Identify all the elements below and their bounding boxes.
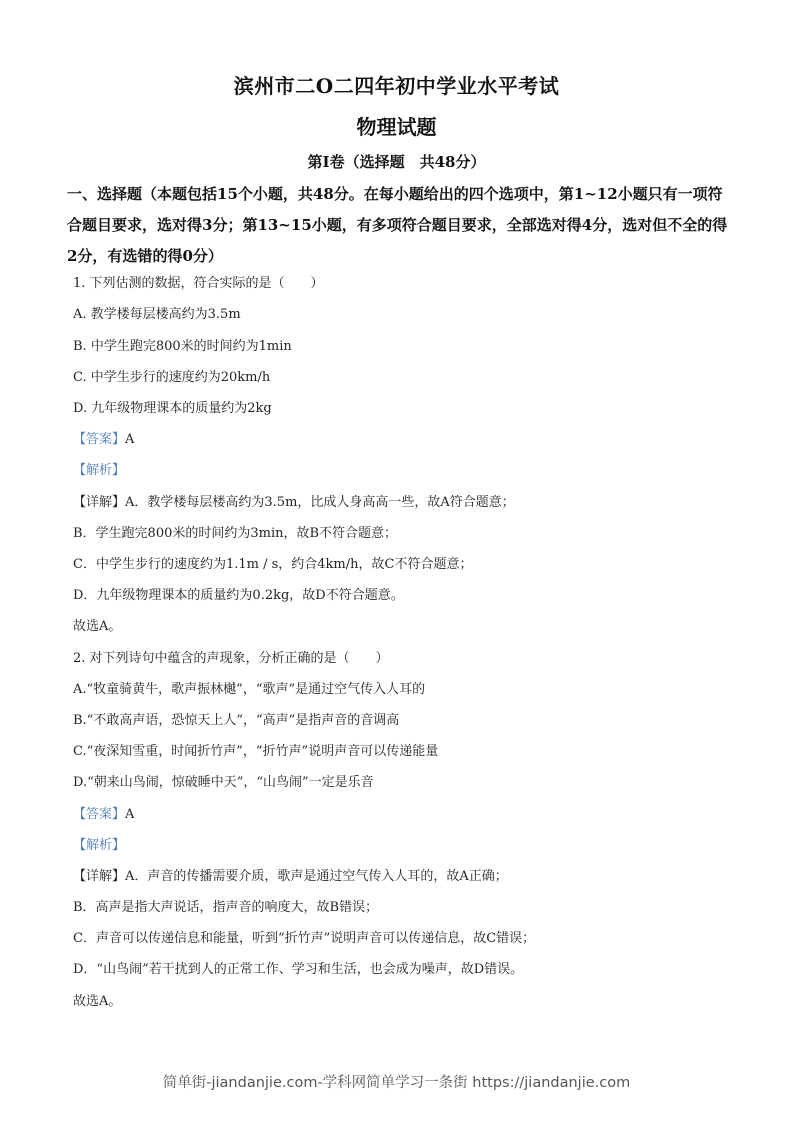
question-1-detail-d: D．九年级物理课本的质量约为0.2kg，故D不符合题意。 xyxy=(73,587,404,605)
section-heading: 一、选择题（本题包括15个小题，共48分。在每小题给出的四个选项中，第1~12小… xyxy=(67,179,737,272)
answer-value: A xyxy=(125,807,134,822)
detail-text: A．声音的传播需要介质，歌声是通过空气传入人耳的，故A正确； xyxy=(125,869,508,884)
question-2-analysis: 【解析】 xyxy=(73,837,125,855)
detail-label: 【详解】 xyxy=(73,495,125,510)
answer-label: 【答案】 xyxy=(73,432,125,447)
analysis-label: 【解析】 xyxy=(73,838,125,853)
question-2-detail-c: C．声音可以传递信息和能量，听到“折竹声”说明声音可以传递信息，故C错误； xyxy=(73,930,535,948)
exam-page: 滨州市二O二四年初中学业水平考试 物理试题 第Ⅰ卷（选择题 共48分） 一、选择… xyxy=(0,0,793,1122)
detail-label: 【详解】 xyxy=(73,869,125,884)
part-title: 第Ⅰ卷（选择题 共48分） xyxy=(0,151,793,172)
answer-label: 【答案】 xyxy=(73,807,125,822)
question-1-stem: 1. 下列估测的数据，符合实际的是（ ） xyxy=(73,275,324,293)
question-1-detail-a: 【详解】A．教学楼每层楼高约为3.5m，比成人身高高一些，故A符合题意； xyxy=(73,494,515,512)
question-2-detail-b: B．高声是指大声说话，指声音的响度大，故B错误； xyxy=(73,899,378,917)
exam-title: 滨州市二O二四年初中学业水平考试 xyxy=(0,70,793,99)
question-1-detail-c: C．中学生步行的速度约为1.1m / s，约合4km/h，故C不符合题意； xyxy=(73,556,472,574)
question-2-detail-d: D．“山鸟闹”若干扰到人的正常工作、学习和生活，也会成为噪声，故D错误。 xyxy=(73,961,523,979)
exam-subject: 物理试题 xyxy=(0,111,793,140)
question-1-conclusion: 故选A。 xyxy=(73,618,121,636)
question-1-option-d: D. 九年级物理课本的质量约为2kg xyxy=(73,400,272,418)
question-2-answer: 【答案】A xyxy=(73,806,134,824)
question-1-option-b: B. 中学生跑完800米的时间约为1min xyxy=(73,338,292,356)
question-1-detail-b: B．学生跑完800米的时间约为3min，故B不符合题意； xyxy=(73,525,397,543)
question-1-option-c: C. 中学生步行的速度约为20km/h xyxy=(73,369,270,387)
question-1-option-a: A. 教学楼每层楼高约为3.5m xyxy=(73,306,241,324)
detail-text: A．教学楼每层楼高约为3.5m，比成人身高高一些，故A符合题意； xyxy=(125,495,515,510)
footer-watermark: 简单街-jiandanjie.com-学科网简单学习一条街 https://ji… xyxy=(0,1071,793,1092)
question-1-analysis: 【解析】 xyxy=(73,462,125,480)
question-2-option-d: D.“朝来山鸟闹，惊破睡中天”，“山鸟闹”一定是乐音 xyxy=(73,774,374,792)
question-2-stem: 2. 对下列诗句中蕴含的声现象，分析正确的是（ ） xyxy=(73,650,389,668)
question-2-option-b: B.“不敢高声语，恐惊天上人”，“高声”是指声音的音调高 xyxy=(73,712,399,730)
question-2-conclusion: 故选A。 xyxy=(73,993,121,1011)
analysis-label: 【解析】 xyxy=(73,463,125,478)
question-2-option-c: C.“夜深知雪重，时闻折竹声”，“折竹声”说明声音可以传递能量 xyxy=(73,743,438,761)
question-1-answer: 【答案】A xyxy=(73,431,134,449)
answer-value: A xyxy=(125,432,134,447)
question-2-detail-a: 【详解】A．声音的传播需要介质，歌声是通过空气传入人耳的，故A正确； xyxy=(73,868,508,886)
question-2-option-a: A.“牧童骑黄牛，歌声振林樾”，“歌声”是通过空气传入人耳的 xyxy=(73,681,425,699)
